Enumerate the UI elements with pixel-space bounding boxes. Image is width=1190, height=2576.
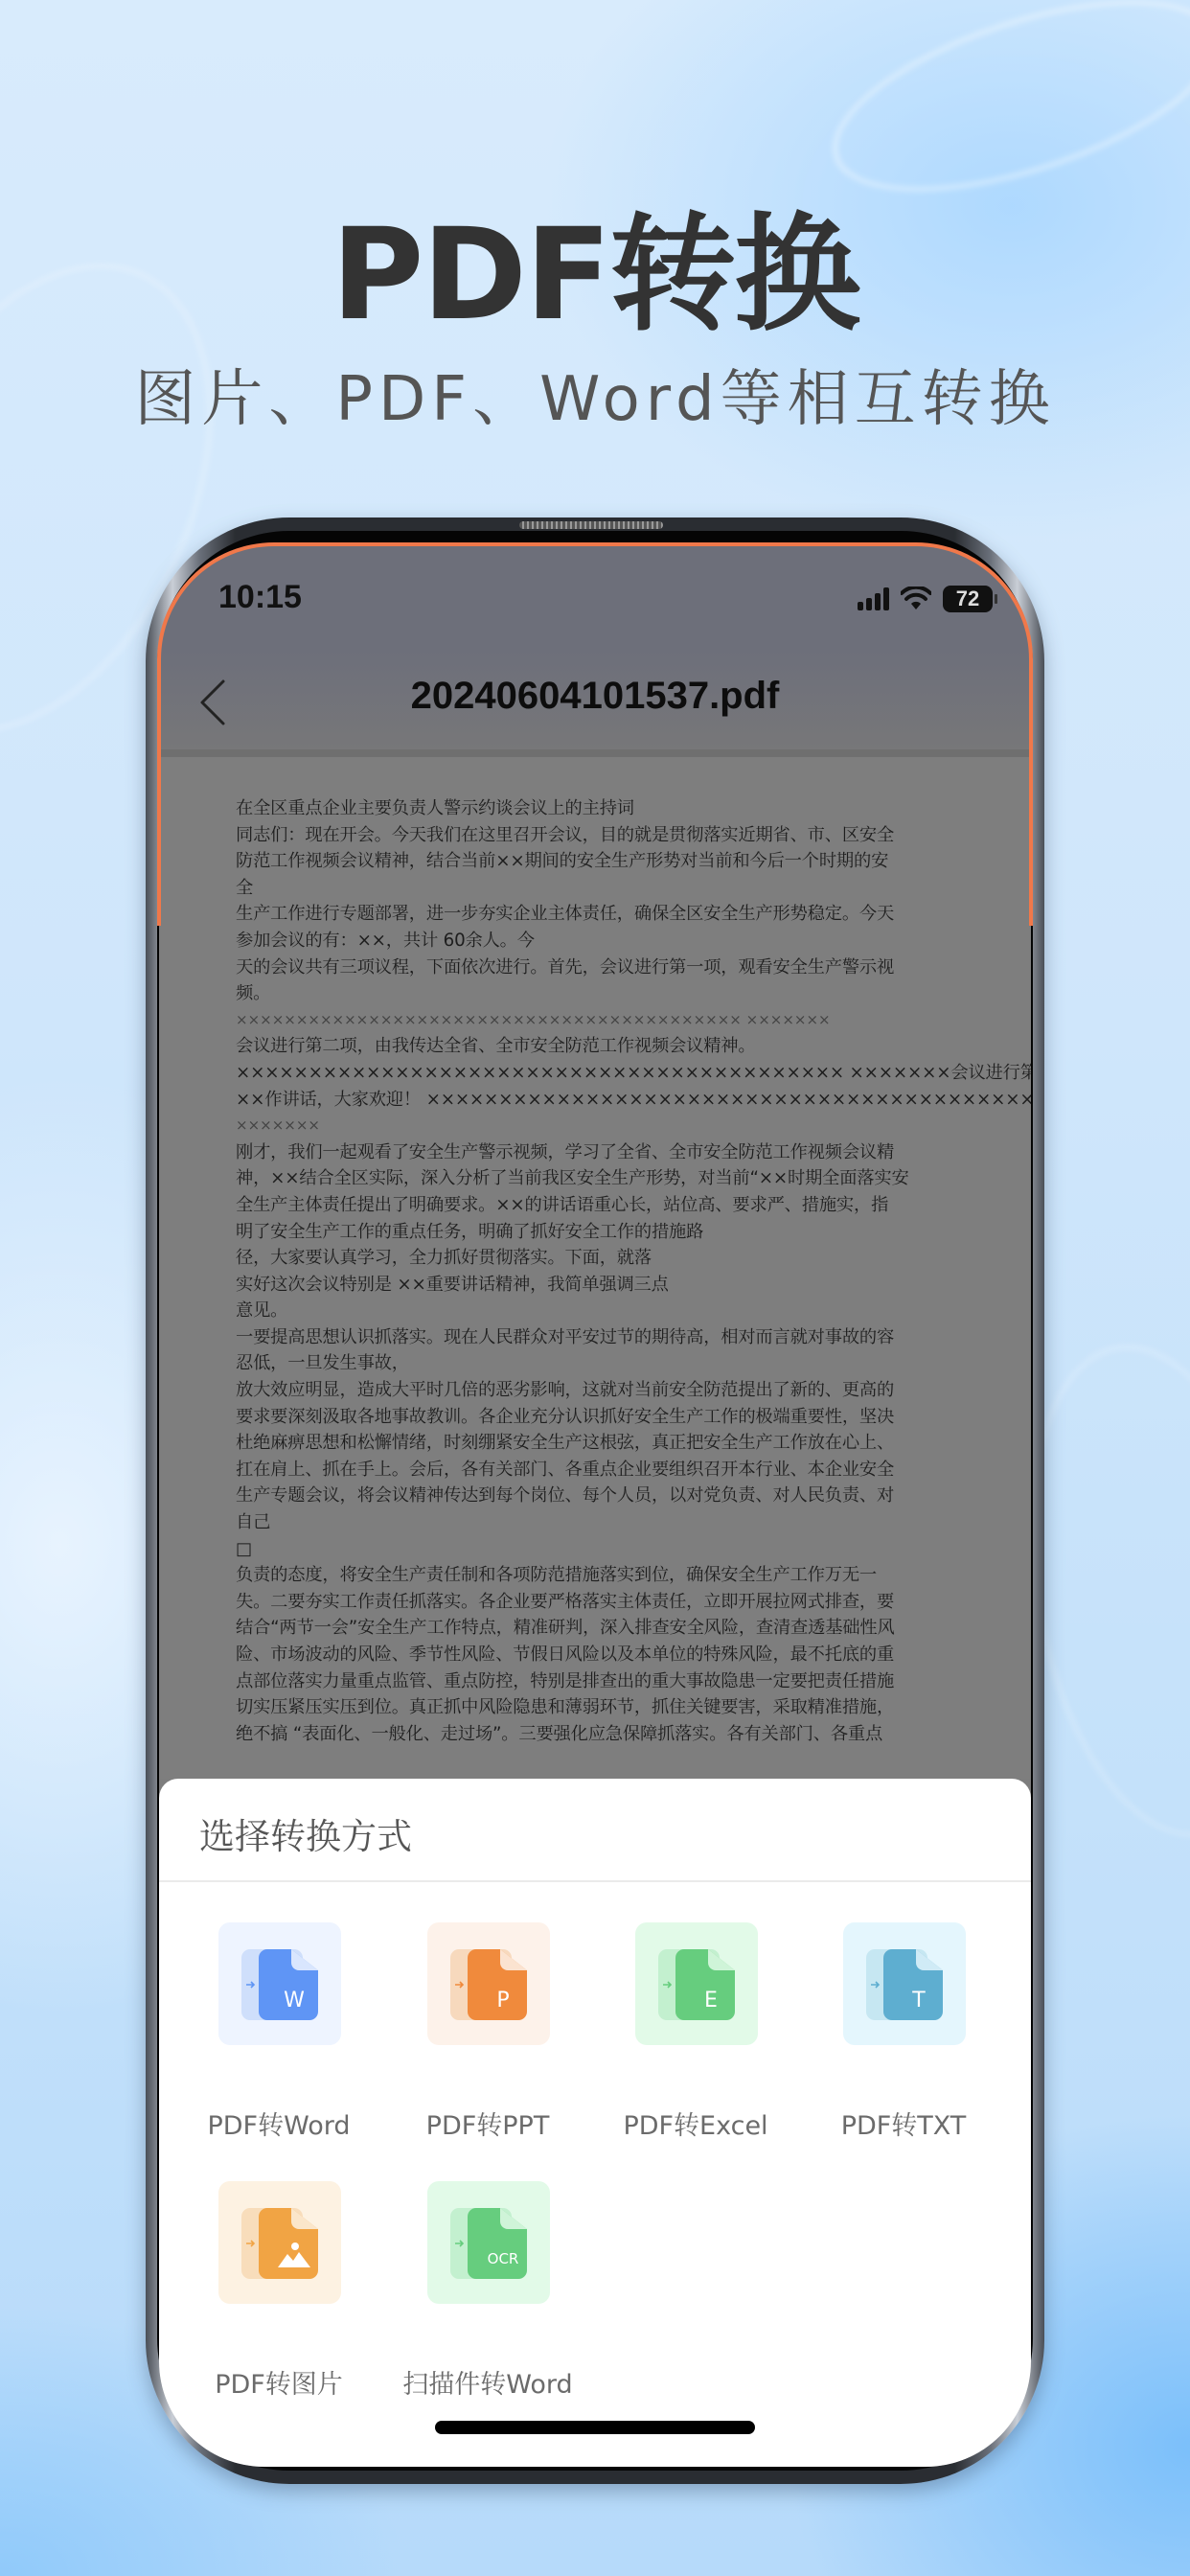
txt-file-icon: T <box>866 1949 943 2020</box>
document-line: ××××××××××××××××××××××××××××××××××××××××… <box>236 1007 945 1034</box>
conversion-option[interactable]: TPDF转TXT <box>800 1922 1007 2152</box>
document-line: ××××××× <box>236 1113 945 1139</box>
document-line: 参加会议的有：××，共计 60余人。今 <box>236 928 945 954</box>
conversion-option[interactable]: PDF转图片 <box>175 2181 382 2411</box>
option-icon-background: W <box>218 1922 341 2045</box>
document-line: 径，大家要认真学习，全力抓好贯彻落实。下面，就落 <box>236 1245 945 1272</box>
option-label: PDF转图片 <box>175 2363 382 2401</box>
file-title: 20240604101537.pdf <box>159 675 1031 718</box>
hero-subtitle: 图片、PDF、Word等相互转换 <box>0 350 1190 438</box>
document-line: 频。 <box>236 980 945 1007</box>
document-line: 忍低，一旦发生事故， <box>236 1350 945 1377</box>
document-line: 明了安全生产工作的重点任务，明确了抓好安全工作的措施路 <box>236 1219 945 1246</box>
option-label: PDF转PPT <box>384 2104 591 2142</box>
status-bar: 10:15 72 <box>159 544 1031 650</box>
conversion-option[interactable]: WPDF转Word <box>175 1922 382 2152</box>
document-line: ××作讲话，大家欢迎！ ××××××××××××××××××××××××××××… <box>236 1087 945 1114</box>
pdf-viewer[interactable]: 在全区重点企业主要负责人警示约谈会议上的主持词同志们：现在开会。今天我们在这里召… <box>159 757 1031 1779</box>
speaker-grille <box>519 521 663 529</box>
document-line: 放大效应明显，造成大平时几倍的恶劣影响，这就对当前安全防范提出了新的、更高的 <box>236 1377 945 1404</box>
conversion-option[interactable]: PPDF转PPT <box>384 1922 591 2152</box>
document-line: 险、市场波动的风险、季节性风险、节假日风险以及本单位的特殊风险，最不托底的重 <box>236 1642 945 1668</box>
pdf-page-content: 在全区重点企业主要负责人警示约谈会议上的主持词同志们：现在开会。今天我们在这里召… <box>236 795 945 1747</box>
ocr-file-icon: OCR <box>450 2208 527 2279</box>
nav-bar: 20240604101537.pdf <box>159 650 1031 749</box>
divider <box>159 749 1031 757</box>
conversion-option[interactable]: EPDF转Excel <box>592 1922 799 2152</box>
document-line: 同志们：现在开会。今天我们在这里召开会议，目的就是贯彻落实近期省、市、区安全 <box>236 822 945 849</box>
image-file-icon <box>241 2208 318 2279</box>
document-line: 在全区重点企业主要负责人警示约谈会议上的主持词 <box>236 795 945 822</box>
divider <box>159 1880 1031 1882</box>
document-line: 负责的态度，将安全生产责任制和各项防范措施落实到位，确保安全生产工作万无一 <box>236 1562 945 1589</box>
document-line: 一要提高思想认识抓落实。现在人民群众对平安过节的期待高，相对而言就对事故的容 <box>236 1324 945 1351</box>
document-line: ××××××××××××××××××××××××××××××××××××××××… <box>236 1060 945 1087</box>
document-line: 点部位落实力量重点监管、重点防控，特别是排查出的重大事故隐患一定要把责任措施 <box>236 1668 945 1695</box>
document-line: 全生产主体责任提出了明确要求。××的讲话语重心长，站位高、要求严、措施实，指 <box>236 1192 945 1219</box>
excel-file-icon: E <box>658 1949 735 2020</box>
option-label: PDF转Excel <box>592 2104 799 2142</box>
option-icon-background: OCR <box>427 2181 550 2304</box>
document-line: 切实压紧压实压到位。真正抓中风险隐患和薄弱环节，抓住关键要害，采取精准措施， <box>236 1694 945 1721</box>
document-line: 刚才，我们一起观看了安全生产警示视频，学习了全省、全市安全防范工作视频会议精 <box>236 1139 945 1166</box>
document-line: 扛在肩上、抓在手上。会后，各有关部门、各重点企业要组织召开本行业、本企业安全 <box>236 1457 945 1483</box>
signal-icon <box>858 587 889 610</box>
document-line: □ <box>236 1536 945 1563</box>
document-line: 绝不搞 “表面化、一般化、走过场”。三要强化应急保障抓落实。各有关部门、各重点 <box>236 1721 945 1748</box>
document-line: 天的会议共有三项议程，下面依次进行。首先，会议进行第一项，观看安全生产警示视 <box>236 954 945 981</box>
option-icon-background: P <box>427 1922 550 2045</box>
option-icon-background <box>218 2181 341 2304</box>
option-icon-background: E <box>635 1922 758 2045</box>
option-icon-background: T <box>843 1922 966 2045</box>
document-line: 会议进行第二项，由我传达全省、全市安全防范工作视频会议精神。 <box>236 1033 945 1060</box>
document-line: 自己 <box>236 1509 945 1536</box>
conversion-bottom-sheet: 选择转换方式 WPDF转WordPPDF转PPTEPDF转ExcelTPDF转T… <box>159 1779 1031 2467</box>
document-line: 防范工作视频会议精神，结合当前××期间的安全生产形势对当前和今后一个时期的安 <box>236 848 945 875</box>
svg-text:T: T <box>911 1989 926 2012</box>
battery-icon: 72 <box>943 586 993 612</box>
svg-text:OCR: OCR <box>488 2250 519 2267</box>
document-line: 要求要深刻汲取各地事故教训。各企业充分认识抓好安全生产工作的极端重要性，坚决 <box>236 1404 945 1431</box>
status-time: 10:15 <box>218 579 302 616</box>
svg-text:P: P <box>496 1989 509 2012</box>
word-file-icon: W <box>241 1949 318 2020</box>
document-line: 杜绝麻痹思想和松懈情绪，时刻绷紧安全生产这根弦，真正把安全生产工作放在心上、 <box>236 1430 945 1457</box>
conversion-option[interactable]: OCR扫描件转Word <box>384 2181 591 2411</box>
document-line: 全 <box>236 875 945 902</box>
option-label: PDF转TXT <box>800 2104 1007 2142</box>
phone-screen: 10:15 72 20240604101537.pdf 在全区重点企业主要负责人… <box>159 544 1031 2467</box>
option-label: PDF转Word <box>175 2104 382 2142</box>
home-indicator[interactable] <box>435 2421 755 2434</box>
status-icons: 72 <box>858 585 993 613</box>
svg-text:E: E <box>704 1989 718 2012</box>
document-line: 生产专题会议，将会议精神传达到每个岗位、每个人员，以对党负责、对人民负责、对 <box>236 1483 945 1509</box>
svg-text:W: W <box>284 1989 305 2012</box>
document-line: 结合“两节一会”安全生产工作特点，精准研判，深入排查安全风险，查清查透基础性风 <box>236 1615 945 1642</box>
document-line: 意见。 <box>236 1298 945 1324</box>
document-line: 实好这次会议特别是 ××重要讲话精神，我简单强调三点 <box>236 1272 945 1299</box>
wifi-icon <box>901 586 931 611</box>
document-line: 生产工作进行专题部署，进一步夯实企业主体责任，确保全区安全生产形势稳定。今天 <box>236 901 945 928</box>
hero-title: PDF转换 <box>0 172 1190 355</box>
sheet-title: 选择转换方式 <box>199 1807 412 1859</box>
ppt-file-icon: P <box>450 1949 527 2020</box>
document-line: 神，××结合全区实际，深入分析了当前我区安全生产形势，对当前“××时期全面落实安 <box>236 1165 945 1192</box>
document-line: 失。二要夯实工作责任抓落实。各企业要严格落实主体责任，立即开展拉网式排查，要 <box>236 1589 945 1616</box>
option-label: 扫描件转Word <box>384 2363 591 2401</box>
